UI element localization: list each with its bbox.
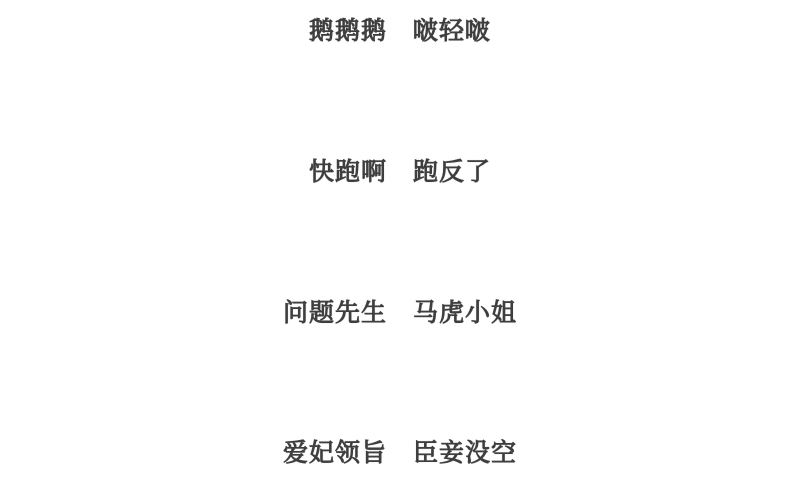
pair-right-name: 啵轻啵 bbox=[413, 17, 491, 45]
page-background: 鹅鹅鹅 啵轻啵 快跑啊 跑反了 问题先生 马虎小姐 爱妃领旨 臣妾没空 bbox=[0, 0, 800, 500]
pair-left-name: 问题先生 bbox=[283, 299, 387, 327]
pair-right-name: 跑反了 bbox=[413, 158, 491, 186]
name-pair-row: 爱妃领旨 臣妾没空 bbox=[0, 439, 800, 467]
pair-right-name: 马虎小姐 bbox=[413, 299, 517, 327]
name-pair-row: 问题先生 马虎小姐 bbox=[0, 299, 800, 327]
pair-left-name: 快跑啊 bbox=[309, 158, 387, 186]
pair-left-name: 爱妃领旨 bbox=[283, 439, 387, 467]
pair-left-name: 鹅鹅鹅 bbox=[309, 17, 387, 45]
name-pair-row: 鹅鹅鹅 啵轻啵 bbox=[0, 17, 800, 45]
name-pair-row: 快跑啊 跑反了 bbox=[0, 158, 800, 186]
pair-right-name: 臣妾没空 bbox=[413, 439, 517, 467]
